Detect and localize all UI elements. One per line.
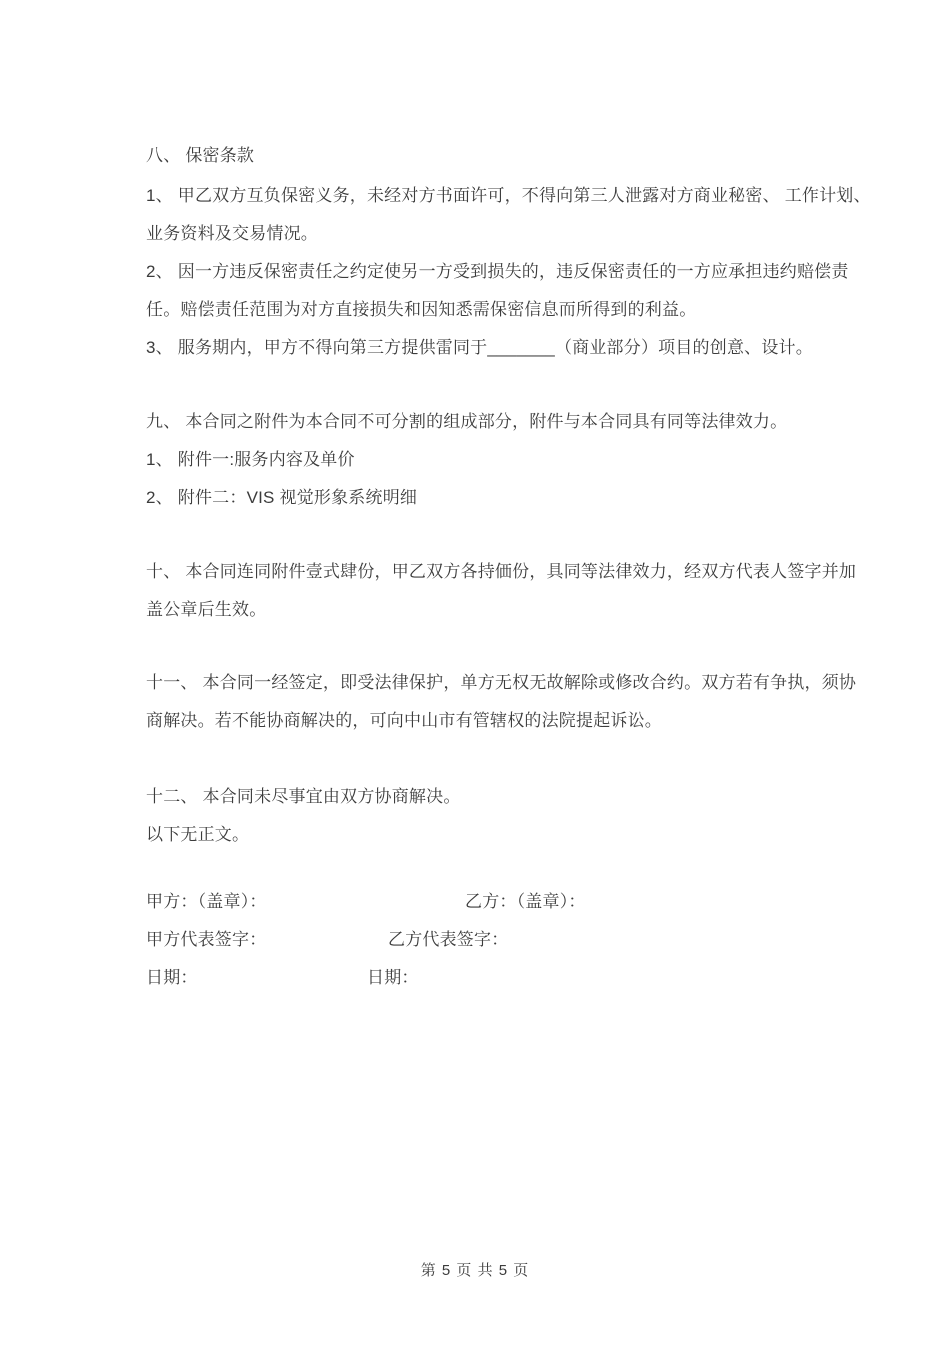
section-11-clause: 十一、 本合同一经签定，即受法律保护，单方无权无故解除或修改合约。双方若有争执，… <box>146 664 950 740</box>
clause-line: 盖公章后生效。 <box>146 591 950 629</box>
seal-row: 甲方：（盖章）：乙方：（盖章）： <box>146 883 950 921</box>
section-8-heading: 八、 保密条款 <box>146 137 950 175</box>
attachment-2-item: 2、 附件二：VIS 视觉形象系统明细 <box>146 479 950 517</box>
end-of-text-note: 以下无正文。 <box>146 816 950 854</box>
party-a-representative-signature-label: 甲方代表签字： <box>146 921 388 959</box>
party-b-date-label: 日期： <box>367 968 419 987</box>
clause-line: 3、 服务期内，甲方不得向第三方提供雷同于_______（商业部分）项目的创意、… <box>146 329 950 367</box>
attachment-1-item: 1、 附件一:服务内容及单价 <box>146 441 950 479</box>
clause-8-3: 3、 服务期内，甲方不得向第三方提供雷同于_______（商业部分）项目的创意、… <box>146 329 950 367</box>
clause-line: 商解决。若不能协商解决的，可向中山市有管辖权的法院提起诉讼。 <box>146 702 950 740</box>
clause-line: 十一、 本合同一经签定，即受法律保护，单方无权无故解除或修改合约。双方若有争执，… <box>146 664 950 702</box>
clause-line: 十、 本合同连同附件壹式肆份，甲乙双方各持価份，具同等法律效力，经双方代表人签字… <box>146 553 950 591</box>
section-12-clause: 十二、 本合同未尽事宜由双方协商解决。 <box>146 778 950 816</box>
clause-line: 2、 附件二：VIS 视觉形象系统明细 <box>146 479 950 517</box>
clause-8-2: 2、 因一方违反保密责任之约定使另一方受到损失的，违反保密责任的一方应承担违约赔… <box>146 253 950 329</box>
section-9-heading: 九、 本合同之附件为本合同不可分割的组成部分，附件与本合同具有同等法律效力。 <box>146 403 950 441</box>
party-b-representative-signature-label: 乙方代表签字： <box>388 930 508 949</box>
clause-line: 2、 因一方违反保密责任之约定使另一方受到损失的，违反保密责任的一方应承担违约赔… <box>146 253 950 291</box>
section-heading-text: 九、 本合同之附件为本合同不可分割的组成部分，附件与本合同具有同等法律效力。 <box>146 403 950 441</box>
clause-line: 任。赔偿责任范围为对方直接损失和因知悉需保密信息而所得到的利益。 <box>146 291 950 329</box>
section-heading-text: 八、 保密条款 <box>146 137 950 175</box>
representative-signature-row: 甲方代表签字：乙方代表签字： <box>146 921 950 959</box>
clause-line: 业务资料及交易情况。 <box>146 215 950 253</box>
party-a-seal-label: 甲方：（盖章）： <box>146 883 465 921</box>
page-footer: 第 5 页 共 5 页 <box>0 1262 950 1280</box>
contract-page: 八、 保密条款 1、 甲乙双方互负保密义务，未经对方书面许可，不得向第三人泄露对… <box>0 0 950 997</box>
section-10-clause: 十、 本合同连同附件壹式肆份，甲乙双方各持価份，具同等法律效力，经双方代表人签字… <box>146 553 950 629</box>
clause-line: 1、 附件一:服务内容及单价 <box>146 441 950 479</box>
clause-line: 1、 甲乙双方互负保密义务，未经对方书面许可，不得向第三人泄露对方商业秘密、 工… <box>146 177 950 215</box>
clause-line: 以下无正文。 <box>146 816 950 854</box>
clause-line: 十二、 本合同未尽事宜由双方协商解决。 <box>146 778 950 816</box>
party-b-seal-label: 乙方：（盖章）： <box>465 892 586 911</box>
party-a-date-label: 日期： <box>146 959 367 997</box>
clause-8-1: 1、 甲乙双方互负保密义务，未经对方书面许可，不得向第三人泄露对方商业秘密、 工… <box>146 177 950 253</box>
date-row: 日期：日期： <box>146 959 950 997</box>
signature-block: 甲方：（盖章）：乙方：（盖章）： 甲方代表签字：乙方代表签字： 日期：日期： <box>146 883 950 997</box>
